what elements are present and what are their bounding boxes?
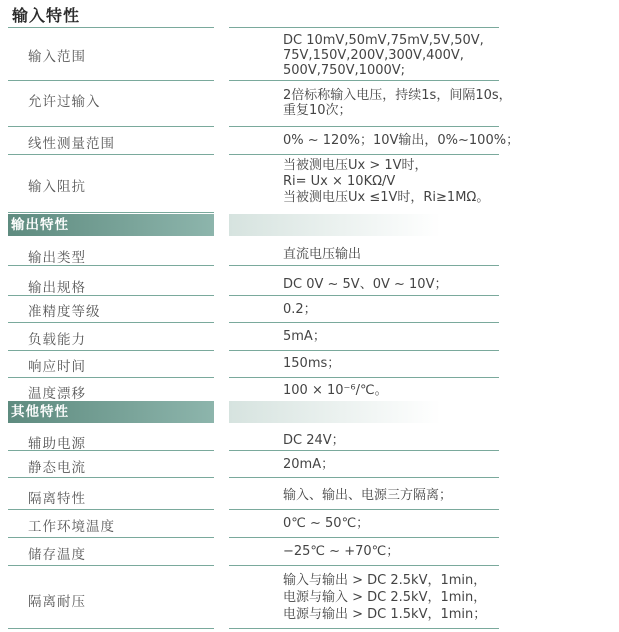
label-output-type: 输出类型 — [28, 246, 86, 266]
divider — [229, 477, 499, 478]
divider — [229, 27, 499, 28]
label-aux-power: 辅助电源 — [28, 432, 86, 452]
divider — [8, 537, 214, 538]
value-line: 重复10次； — [283, 103, 512, 118]
value-temp-drift: 100 × 10⁻⁶/℃。 — [283, 383, 388, 398]
divider — [8, 450, 214, 451]
divider — [8, 322, 214, 323]
label-isolation-voltage: 隔离耐压 — [28, 590, 86, 610]
divider — [8, 477, 214, 478]
divider — [229, 126, 499, 127]
value-line: 500V,750V,1000V; — [283, 63, 484, 78]
label-storage-temp: 储存温度 — [28, 543, 86, 563]
label-isolation: 隔离特性 — [28, 487, 86, 507]
value-line: 2倍标称输入电压，持续1s，间隔10s， — [283, 88, 512, 103]
divider — [8, 154, 214, 155]
value-allowed-overload: 2倍标称输入电压，持续1s，间隔10s， 重复10次； — [283, 88, 512, 118]
label-allowed-overload: 允许过输入 — [28, 90, 101, 110]
divider — [8, 628, 214, 629]
divider — [229, 350, 499, 351]
divider — [8, 565, 214, 566]
divider — [229, 509, 499, 510]
label-response-time: 响应时间 — [28, 355, 86, 375]
divider — [229, 537, 499, 538]
value-line: 电源与输入 > DC 2.5kV，1min， — [283, 589, 486, 606]
divider — [229, 565, 499, 566]
label-input-range: 输入范围 — [28, 45, 86, 65]
label-input-impedance: 输入阻抗 — [28, 175, 86, 195]
section-header-other: 其他特性 — [8, 401, 214, 423]
divider — [229, 450, 499, 451]
label-output-spec: 输出规格 — [28, 276, 86, 296]
value-linear-range: 0% ~ 120%；10V输出，0%~100%； — [283, 133, 519, 148]
value-line: Ri= Ux × 10KΩ/V — [283, 174, 489, 190]
value-accuracy: 0.2； — [283, 302, 317, 317]
divider — [8, 126, 214, 127]
section-title-input: 输入特性 — [12, 3, 80, 26]
divider — [229, 154, 499, 155]
value-aux-power: DC 24V； — [283, 433, 345, 448]
divider — [229, 295, 499, 296]
divider — [8, 212, 214, 213]
divider — [229, 377, 499, 378]
value-response-time: 150ms； — [283, 356, 340, 371]
value-isolation: 输入、输出、电源三方隔离； — [283, 488, 452, 503]
value-storage-temp: −25℃ ~ +70℃； — [283, 544, 399, 559]
value-line: 75V,150V,200V,300V,400V, — [283, 48, 484, 63]
label-load-capacity: 负载能力 — [28, 328, 86, 348]
value-line: DC 10mV,50mV,75mV,5V,50V, — [283, 33, 484, 48]
value-line: 当被测电压Ux > 1V时， — [283, 158, 489, 174]
value-line: 电源与输出 > DC 1.5kV，1min； — [283, 606, 486, 623]
value-input-impedance: 当被测电压Ux > 1V时， Ri= Ux × 10KΩ/V 当被测电压Ux ≤… — [283, 158, 489, 206]
label-quiescent-current: 静态电流 — [28, 456, 86, 476]
label-temp-drift: 温度漂移 — [28, 382, 86, 402]
divider — [229, 628, 499, 629]
value-isolation-voltage: 输入与输出 > DC 2.5kV，1min， 电源与输入 > DC 2.5kV，… — [283, 572, 486, 623]
value-output-spec: DC 0V ~ 5V、0V ~ 10V； — [283, 277, 447, 292]
section-header-band — [229, 214, 441, 236]
divider — [229, 80, 499, 81]
section-header-output: 输出特性 — [8, 214, 214, 236]
value-input-range: DC 10mV,50mV,75mV,5V,50V, 75V,150V,200V,… — [283, 33, 484, 78]
divider — [229, 322, 499, 323]
divider — [229, 265, 499, 266]
divider — [8, 350, 214, 351]
divider — [8, 295, 214, 296]
label-accuracy: 准精度等级 — [28, 300, 101, 320]
divider — [8, 80, 214, 81]
divider — [8, 377, 214, 378]
divider — [8, 509, 214, 510]
section-header-band — [229, 401, 441, 423]
divider — [8, 265, 214, 266]
label-linear-range: 线性测量范围 — [28, 132, 115, 152]
divider — [8, 27, 214, 28]
value-operating-temp: 0℃ ~ 50℃； — [283, 516, 369, 531]
value-line: 输入与输出 > DC 2.5kV，1min， — [283, 572, 486, 589]
value-load-capacity: 5mA； — [283, 329, 326, 344]
value-output-type: 直流电压输出 — [283, 247, 361, 262]
label-operating-temp: 工作环境温度 — [28, 515, 115, 535]
value-line: 当被测电压Ux ≤1V时，Ri≥1MΩ。 — [283, 190, 489, 206]
value-quiescent-current: 20mA； — [283, 457, 334, 472]
